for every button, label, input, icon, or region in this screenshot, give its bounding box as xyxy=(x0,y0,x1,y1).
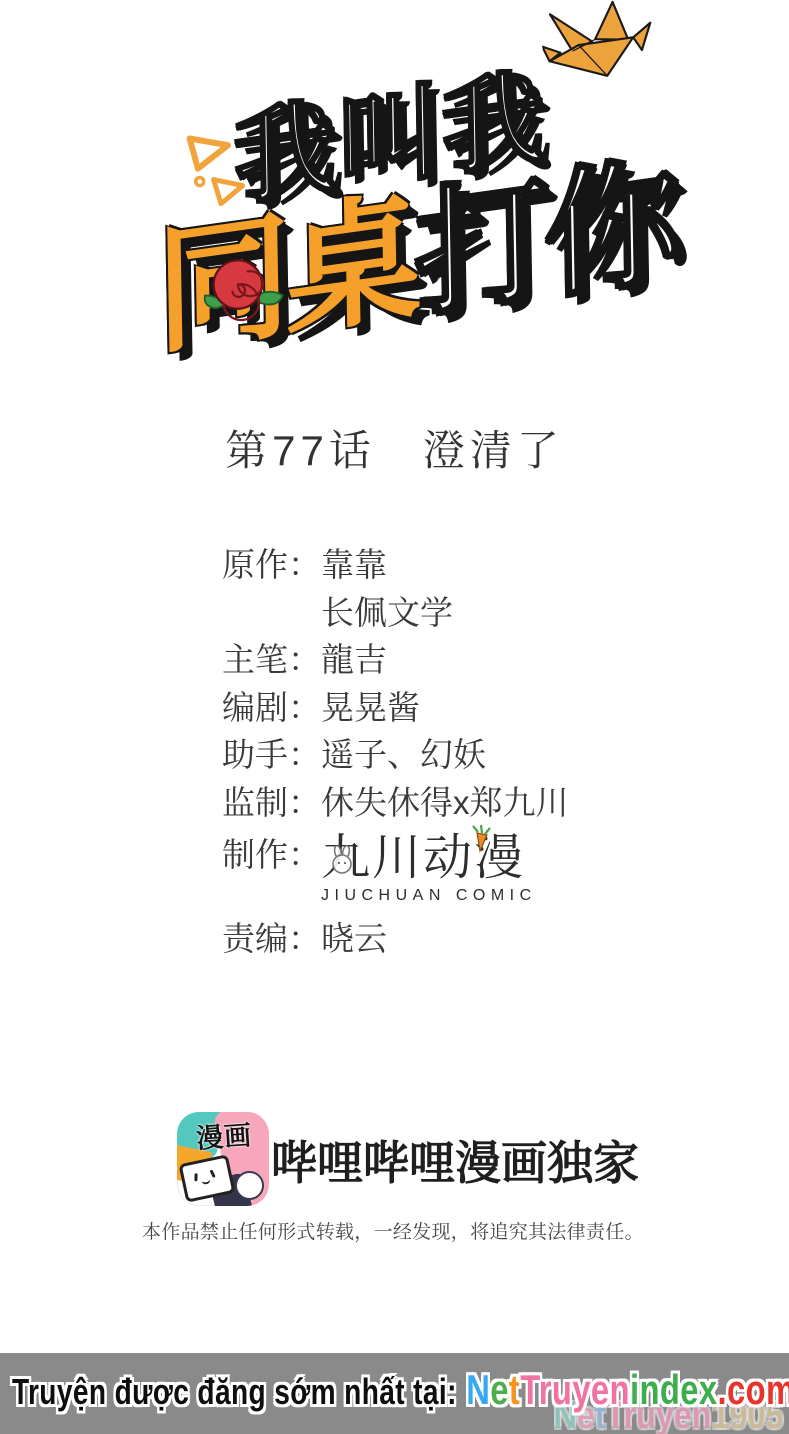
footer-bar: Truyện được đăng sớm nhất tại: NetTruyen… xyxy=(0,1353,789,1434)
credit-row-screenwriter: 编剧： 晃晃酱 xyxy=(222,684,569,732)
logo-title-line2-white: 打你 xyxy=(414,144,676,335)
credit-label: 责编： xyxy=(222,915,321,963)
publisher-exclusive-text: 哔哩哔哩漫画独家 xyxy=(271,1127,639,1193)
credit-row-lead-artist: 主笔： 龍吉 xyxy=(222,636,569,684)
credit-row-production-studio: 制作： 九川动漫 xyxy=(222,831,569,906)
credit-row-original-author: 原作： 靠靠 xyxy=(222,541,569,589)
site-link[interactable]: NetTruyenindex.com xyxy=(466,1366,789,1414)
credit-label: 主笔： xyxy=(222,636,321,684)
rabbit-icon xyxy=(329,845,355,875)
credit-label: 编剧： xyxy=(222,684,321,732)
credit-value: 晃晃酱 xyxy=(321,684,420,732)
credit-label: 制作： xyxy=(222,831,321,879)
footer-line: Truyện được đăng sớm nhất tại: NetTruyen… xyxy=(12,1366,789,1414)
logo-title-line2-orange: 同桌 xyxy=(154,181,416,372)
credit-row-assistants: 助手： 遥子、幻妖 xyxy=(222,731,569,779)
credit-row-original-publisher: 长佩文学 xyxy=(222,589,569,637)
copyright-notice: 本作品禁止任何形式转载，一经发现，将追究其法律责任。 xyxy=(142,1217,644,1244)
credit-row-editor: 责编： 晓云 xyxy=(222,915,569,963)
credit-label: 助手： xyxy=(222,731,321,779)
credit-label: 原作： xyxy=(222,541,321,589)
bilibili-manga-app-icon: 漫画 xyxy=(177,1112,269,1206)
rose-icon xyxy=(194,246,289,327)
credit-value: 晓云 xyxy=(321,915,387,963)
origami-crane-icon xyxy=(537,0,660,97)
credit-value: 遥子、幻妖 xyxy=(321,731,486,779)
credit-row-supervisors: 监制： 休失休得x郑九川 xyxy=(222,779,569,827)
footer-prefix-text: Truyện được đăng sớm nhất tại: xyxy=(12,1371,457,1413)
credit-label: 监制： xyxy=(222,779,321,827)
credit-value: 龍吉 xyxy=(321,636,387,684)
credit-value: 长佩文学 xyxy=(321,589,453,637)
credit-value: 靠靠 xyxy=(321,541,387,589)
bilibili-icon-label: 漫画 xyxy=(195,1113,254,1156)
carrot-icon xyxy=(471,823,493,853)
chapter-title: 第77话 澄清了 xyxy=(0,418,789,478)
comic-title-page: 我叫我 同桌打你 第77话 澄清了 原作： 靠靠 xyxy=(0,0,789,1434)
series-logo: 我叫我 同桌打你 xyxy=(131,6,709,388)
studio-name-latin: JIUCHUAN COMIC xyxy=(321,886,537,906)
credits-list: 原作： 靠靠 长佩文学 主笔： 龍吉 编剧： 晃晃酱 助手： 遥子、幻妖 监制：… xyxy=(222,541,569,963)
credit-value: 休失休得x郑九川 xyxy=(321,779,569,827)
paw-icon xyxy=(235,1171,264,1200)
jiuchuan-studio-logo: 九川动漫 JIUCHUAN COMIC xyxy=(321,831,537,906)
